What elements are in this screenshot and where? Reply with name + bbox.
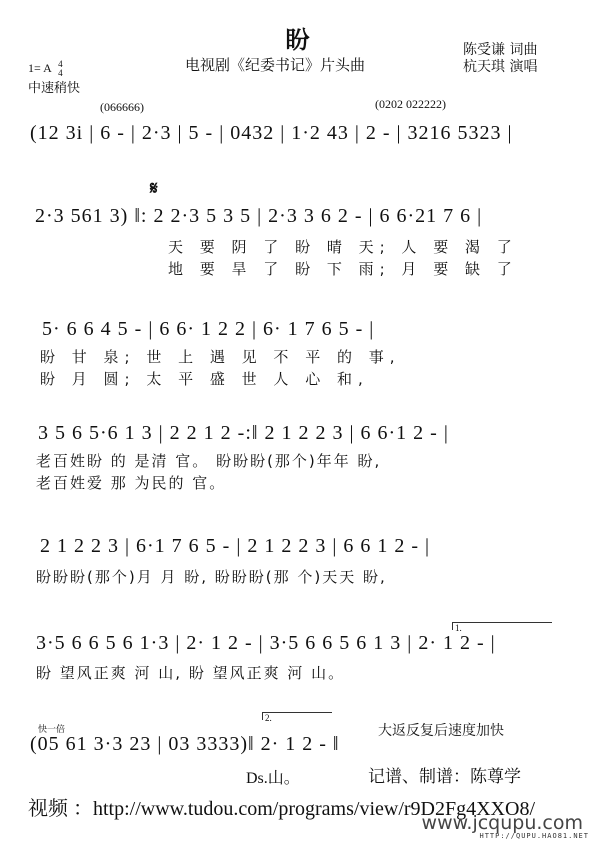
alt-intro-annotation-2: (0202 022222): [375, 97, 446, 112]
staff-line-2: 2·3 561 3) ‖: 2 2·3 5 3 5 | 2·3 3 6 2 - …: [35, 205, 482, 228]
staff-line-4: 3 5 6 5·6 1 3 | 2 2 1 2 -:‖ 2 1 2 2 3 | …: [38, 422, 449, 445]
credit-composer: 陈受谦 词曲: [463, 42, 537, 59]
tempo-marking: 中速稍快: [28, 77, 80, 96]
key-signature: 1= A 4 4: [28, 60, 63, 78]
staff-line-1: (12 3i | 6 - | 2·3 | 5 - | 0432 | 1·2 43…: [30, 122, 513, 145]
song-subtitle: 电视剧《纪委书记》片头曲: [185, 54, 365, 75]
lyrics-line-4a: 老百姓盼 的 是清 官。 盼盼盼(那个)年年 盼,: [36, 450, 381, 471]
volta-1: 1.: [452, 622, 552, 630]
transcriber-credit: 记谱、制谱：陈尊学: [368, 762, 521, 787]
key-label: 1= A: [28, 61, 51, 75]
staff-line-3: 5· 6 6 4 5 - | 6 6· 1 2 2 | 6· 1 7 6 5 -…: [42, 318, 374, 341]
credits: 陈受谦 词曲 杭天琪 演唱: [463, 42, 537, 76]
staff-line-6: 3·5 6 6 5 6 1·3 | 2· 1 2 - | 3·5 6 6 5 6…: [36, 632, 496, 655]
lyrics-line-5: 盼盼盼(那个)月 月 盼, 盼盼盼(那 个)天天 盼,: [36, 566, 387, 587]
lyrics-line-2a: 天 要 阴 了 盼 晴 天; 人 要 渴 了: [168, 236, 518, 257]
credit-singer: 杭天琪 演唱: [463, 59, 537, 76]
lyrics-line-6: 盼 望风正爽 河 山, 盼 望风正爽 河 山。: [36, 662, 345, 683]
lyrics-line-3a: 盼 甘 泉; 世 上 遇 见 不 平 的 事,: [40, 346, 401, 367]
segno-icon: 𝄋: [150, 178, 158, 199]
staff-line-7: (05 61 3·3 23 | 03 3333)‖ 2· 1 2 - ‖: [30, 733, 340, 756]
alt-intro-annotation-1: (066666): [100, 100, 144, 115]
volta-2: 2.: [262, 712, 332, 720]
watermark-sub: HTTP://QUPU.HAO81.NET: [479, 832, 589, 840]
lyrics-line-3b: 盼 月 圆; 太 平 盛 世 人 心 和,: [40, 368, 369, 389]
time-signature: 4 4: [58, 60, 63, 78]
lyrics-line-2b: 地 要 旱 了 盼 下 雨; 月 要 缺 了: [168, 258, 518, 279]
repeat-instruction: 大返反复后速度加快: [378, 720, 504, 740]
lyrics-line-4b: 老百姓爱 那 为民的 官。: [36, 472, 226, 493]
watermark: www.jcqupu.com: [422, 812, 583, 834]
staff-line-5: 2 1 2 2 3 | 6·1 7 6 5 - | 2 1 2 2 3 | 6 …: [40, 535, 430, 558]
dal-segno-lyric: Ds.山。: [246, 765, 300, 788]
